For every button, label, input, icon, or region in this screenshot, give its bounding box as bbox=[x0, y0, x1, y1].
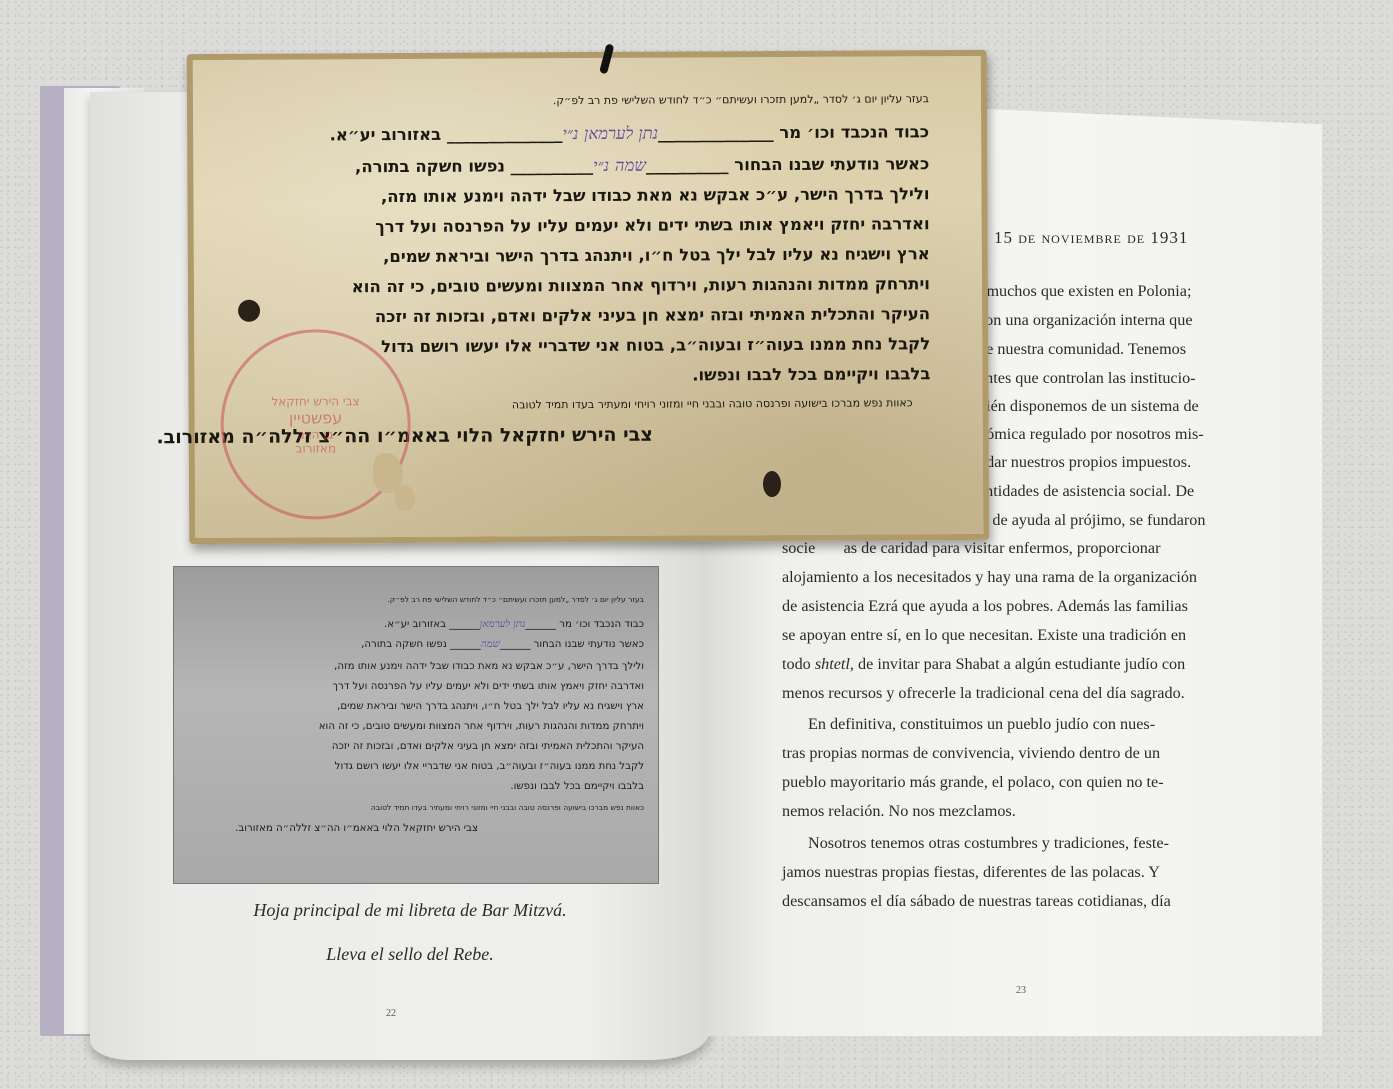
cert-line: ואדרבה יחזק ויאמץ אותו בשתי ידים ולא יעמ… bbox=[375, 214, 929, 236]
body-line: bién disponemos de un sistema de bbox=[978, 397, 1199, 416]
body-line: pueblo mayoritario más grande, el polaco… bbox=[782, 773, 1164, 792]
repro-line: לקבל נחת ממנו בעוה״ז ובעוה״ב, בטוח אני ש… bbox=[335, 761, 644, 772]
body-line: descansamos el día sábado de nuestras ta… bbox=[782, 892, 1171, 911]
repro-line: ואדרבה יחזק ויאמץ אותו בשתי ידים ולא יעמ… bbox=[332, 681, 644, 692]
cert-line: כבוד הנכבד וכו׳ מר ______________נתן לער… bbox=[330, 122, 930, 145]
body-line: ición de ayuda al prójimo, se fundaron bbox=[956, 511, 1205, 530]
cert-line: ויתרחק ממדות והנהגות רעות, וירדוף אחר המ… bbox=[352, 274, 930, 296]
cert-line: לקבל נחת ממנו בעוה״ז ובעוה״ב, בטוח אני ש… bbox=[381, 334, 930, 356]
italic-term: shtetl bbox=[815, 655, 850, 673]
repro-line: כאשר נודעתי שבנו הבחור ______שמה______ נ… bbox=[361, 639, 644, 650]
cert-header-line: בעזר עליון יום ג׳ לסדר „למען תזכרו ועשית… bbox=[553, 92, 929, 107]
certificate-reproduction: בעזר עליון יום ג׳ לסדר „למען תזכרו ועשית… bbox=[173, 566, 659, 884]
cert-line: העיקר והתכלית האמיתי ובזה ימצא חן בעיני … bbox=[375, 304, 930, 326]
body-line: de nuestra comunidad. Tenemos bbox=[978, 340, 1186, 359]
body-line: con una organización interna que bbox=[978, 311, 1193, 330]
body-line: nómica regulado por nosotros mis- bbox=[978, 425, 1204, 444]
body-line: udar nuestros propios impuestos. bbox=[978, 453, 1191, 472]
body-line: antes que controlan las institucio- bbox=[978, 369, 1196, 388]
chapter-heading: 15 de noviembre de 1931 bbox=[994, 228, 1188, 248]
repro-signature: צבי הירש יחזקאל הלוי באאמ״ו הה״צ זללה״ה … bbox=[235, 823, 478, 834]
repro-line: העיקר והתכלית האמיתי ובזה ימצא חן בעיני … bbox=[332, 741, 644, 752]
repro-line: בלבבו ויקיימם בכל לבבו ונפשו. bbox=[510, 781, 644, 792]
body-line: alojamiento a los necesitados y hay una … bbox=[782, 568, 1197, 587]
repro-line: ויתרחק ממדות והנהגות רעות, וירדוף אחר המ… bbox=[319, 721, 644, 732]
page-number-right: 23 bbox=[1016, 985, 1026, 996]
body-line: nemos relación. No nos mezclamos. bbox=[782, 802, 1016, 821]
paper-tear bbox=[395, 485, 415, 511]
body-line: todo shtetl, de invitar para Shabat a al… bbox=[782, 655, 1185, 674]
cert-line: ארץ וישגיח נא עליו לבל ילך בטל ח״ו, ויתנ… bbox=[383, 244, 930, 266]
body-line: socie as de caridad para visitar enfermo… bbox=[782, 539, 1160, 558]
punch-hole bbox=[238, 300, 260, 322]
cert-line: בלבבו ויקיימם בכל לבבו ונפשו. bbox=[692, 364, 930, 384]
body-line: os muchos que existen en Polonia; bbox=[968, 282, 1191, 301]
body-line: entidades de asistencia social. De bbox=[978, 482, 1194, 501]
body-line: menos recursos y ofrecerle la tradiciona… bbox=[782, 684, 1185, 703]
repro-line: כאוות נפש מברכו בישועה ופרנסה טובה ובבני… bbox=[371, 803, 644, 812]
cert-line: ולילך בדרך הישר, ע״כ אבקש נא מאת כבודו ש… bbox=[381, 184, 930, 206]
repro-line: ולילך בדרך הישר, ע״כ אבקש נא מאת כבודו ש… bbox=[334, 661, 644, 672]
body-line: Nosotros tenemos otras costumbres y trad… bbox=[808, 834, 1169, 853]
body-line: de asistencia Ezrá que ayuda a los pobre… bbox=[782, 597, 1188, 616]
figure-caption-line1: Hoja principal de mi libreta de Bar Mitz… bbox=[205, 900, 615, 921]
handwritten-father-name: נתן לערמאן bbox=[584, 124, 658, 143]
repro-line: ארץ וישגיח נא עליו לבל ילך בטל ח״ו, ויתנ… bbox=[337, 701, 644, 712]
page-number-left: 22 bbox=[386, 1008, 396, 1019]
body-line: jamos nuestras propias fiestas, diferent… bbox=[782, 863, 1160, 882]
body-line: se apoyan entre sí, en lo que necesitan.… bbox=[782, 626, 1186, 645]
cert-line: כאשר נודעתי שבנו הבחור __________שמה נ״י… bbox=[355, 154, 929, 177]
binding-string bbox=[599, 43, 614, 74]
punch-hole bbox=[763, 471, 781, 497]
body-line: tras propias normas de convivencia, vivi… bbox=[782, 744, 1160, 763]
repro-line: כבוד הנכבד וכו׳ מר ______נתן לערמאן_____… bbox=[384, 619, 644, 630]
handwritten-son-name: שמה bbox=[615, 156, 646, 175]
cert-blessing-line: כאוות נפש מברכו בישועה ופרנסה טובה ובבני… bbox=[512, 396, 913, 411]
repro-line: בעזר עליון יום ג׳ לסדר „למען תזכרו ועשית… bbox=[388, 595, 644, 604]
body-line: En definitiva, constituimos un pueblo ju… bbox=[808, 715, 1155, 734]
figure-caption-line2: Lleva el sello del Rebe. bbox=[205, 944, 615, 965]
bar-mitzvah-certificate: בעזר עליון יום ג׳ לסדר „למען תזכרו ועשית… bbox=[187, 50, 990, 544]
